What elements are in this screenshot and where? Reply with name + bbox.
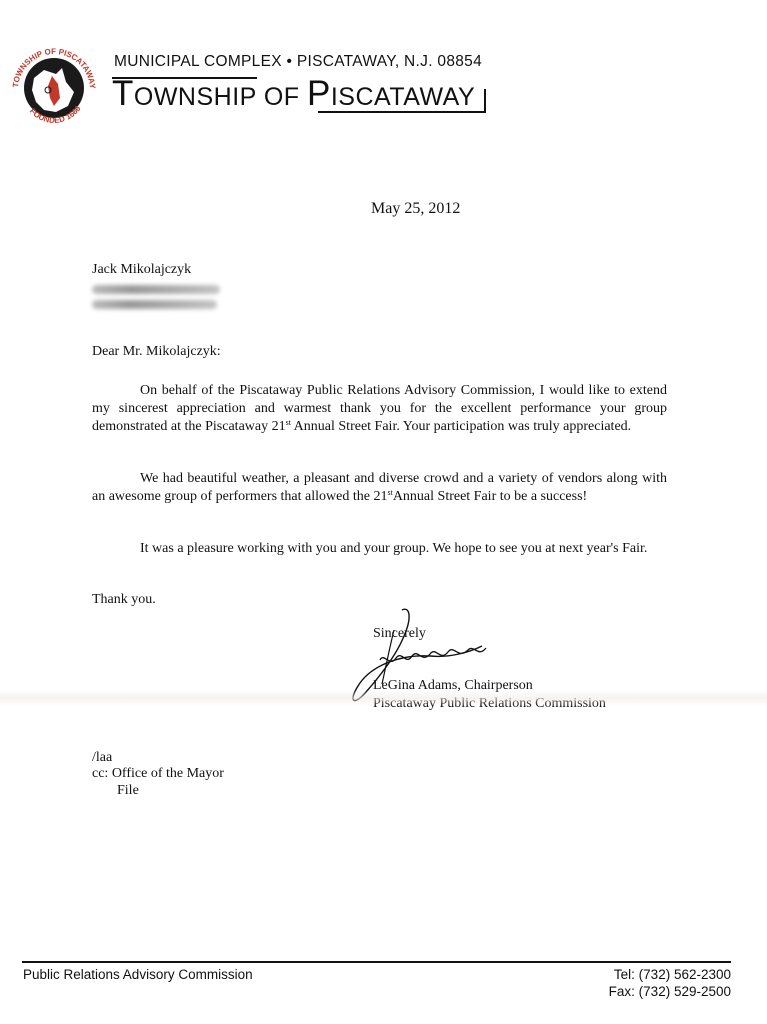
- closing: Thank you.: [92, 592, 156, 608]
- footer-tel: Tel: (732) 562-2300: [609, 966, 731, 983]
- footer-contact: Tel: (732) 562-2300 Fax: (732) 529-2500: [609, 966, 731, 1000]
- township-seal-icon: TOWNSHIP OF PISCATAWAY N.J. FOUNDED 1666: [4, 40, 104, 132]
- footer-fax: Fax: (732) 529-2500: [609, 983, 731, 1000]
- signer-name-title: LeGina Adams, Chairperson: [373, 678, 533, 694]
- letterhead-title: TOWNSHIP OF PISCATAWAY: [112, 76, 475, 111]
- handwritten-signature-icon: [340, 606, 500, 710]
- redacted-address-line-2: [92, 300, 217, 309]
- signer-organization: Piscataway Public Relations Commission: [373, 696, 606, 712]
- cc-line-1: cc: Office of the Mayor: [92, 766, 224, 782]
- footer-rule: [22, 961, 731, 963]
- cc-line-2: File: [117, 783, 139, 799]
- letter-date: May 25, 2012: [371, 200, 460, 218]
- letterhead-underline: [318, 111, 486, 113]
- footer-organization: Public Relations Advisory Commission: [23, 967, 253, 982]
- paragraph-1: On behalf of the Piscataway Public Relat…: [92, 382, 667, 436]
- recipient-name: Jack Mikolajczyk: [92, 262, 191, 278]
- letterhead-address: MUNICIPAL COMPLEX • PISCATAWAY, N.J. 088…: [114, 53, 482, 71]
- paragraph-3: It was a pleasure working with you and y…: [92, 540, 667, 558]
- typist-initials: /laa: [92, 750, 112, 766]
- letterhead-underline-hook: [484, 89, 486, 113]
- redacted-address-line-1: [92, 285, 220, 294]
- salutation: Dear Mr. Mikolajczyk:: [92, 344, 221, 360]
- paragraph-2: We had beautiful weather, a pleasant and…: [92, 470, 667, 506]
